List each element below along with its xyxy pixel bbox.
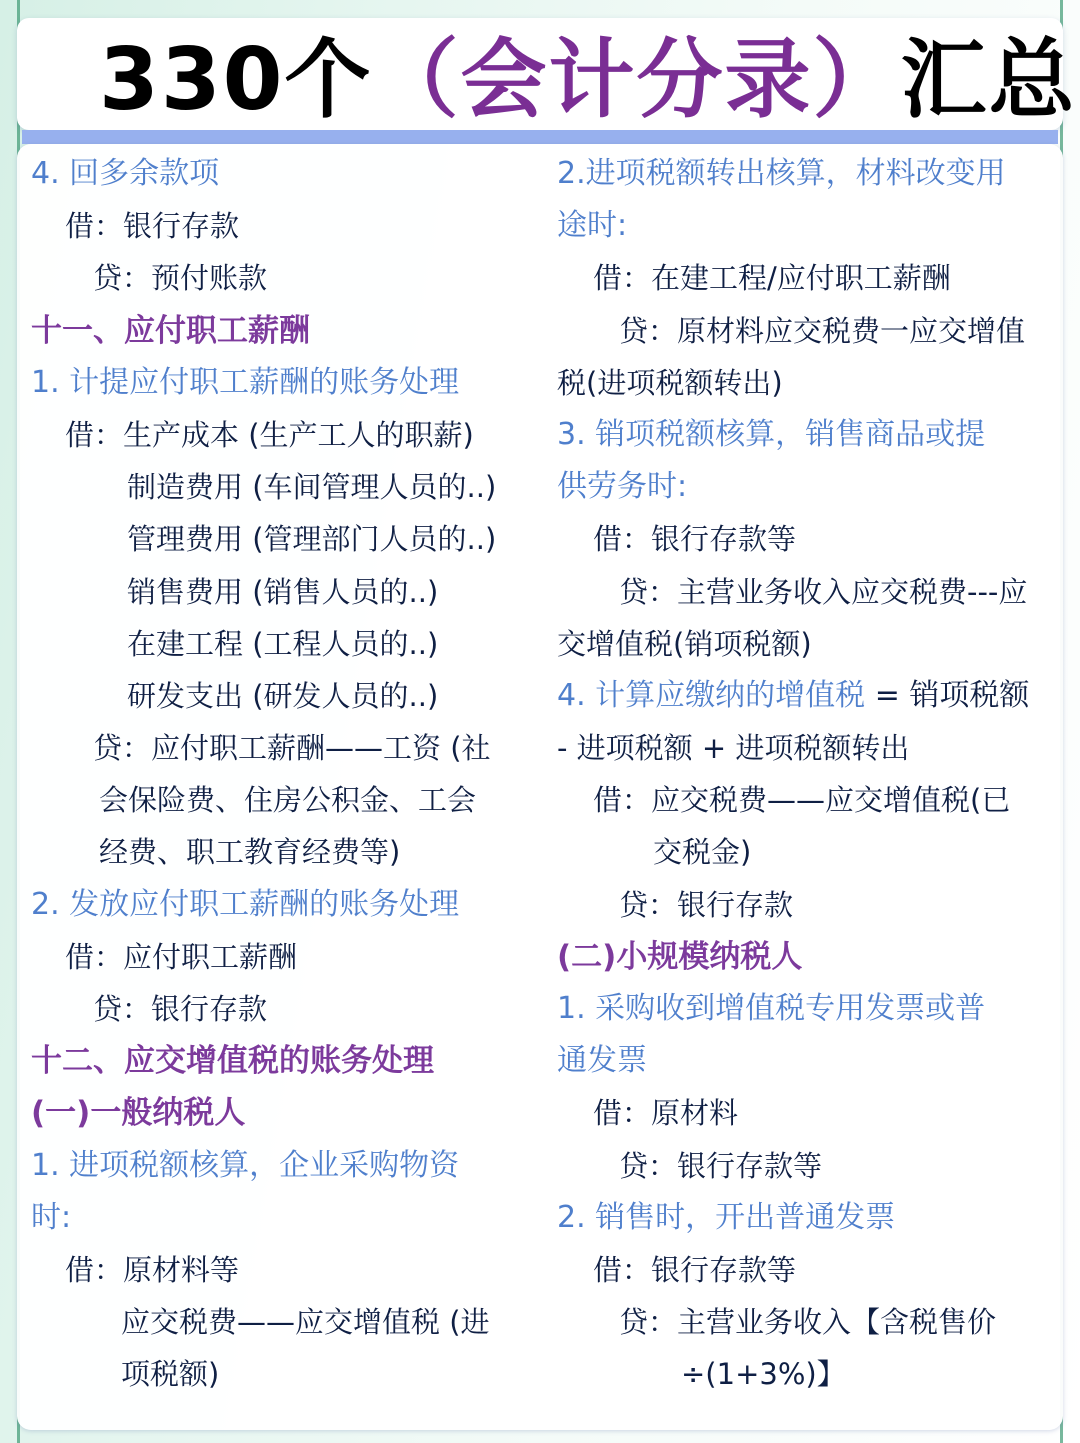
title-underline-band bbox=[22, 130, 1058, 144]
debit-entry: 借：原材料 bbox=[557, 1087, 1052, 1139]
formula-expression: = 销项税额 bbox=[865, 678, 1029, 713]
credit-entry-continued: 经费、职工教育经费等) bbox=[31, 826, 531, 878]
debit-entry-continued: 应交税费——应交增值税 (进 bbox=[31, 1296, 531, 1348]
subsection-heading: 2. 发放应付职工薪酬的账务处理 bbox=[31, 879, 531, 931]
section-heading: 十一、应付职工薪酬 bbox=[31, 305, 531, 357]
debit-entry-continued: 项税额) bbox=[31, 1348, 531, 1400]
formula-expression-continued: - 进项税额 + 进项税额转出 bbox=[557, 722, 1052, 774]
title-banner: 330个（会计分录）汇总 bbox=[17, 18, 1063, 130]
debit-entry-continued: 交税金) bbox=[557, 826, 1052, 878]
credit-entry: 贷：主营业务收入应交税费---应 bbox=[557, 566, 1052, 618]
debit-entry-continued: 在建工程 (工程人员的..) bbox=[31, 618, 531, 670]
debit-entry: 借：应交税费——应交增值税(已 bbox=[557, 774, 1052, 826]
debit-entry-continued: 管理费用 (管理部门人员的..) bbox=[31, 513, 531, 565]
subsection-heading: 2. 销售时，开出普通发票 bbox=[557, 1192, 1052, 1244]
credit-entry: 贷：银行存款 bbox=[557, 879, 1052, 931]
title-count: 330个 bbox=[99, 30, 373, 130]
subsection-heading: 1. 计提应付职工薪酬的账务处理 bbox=[31, 357, 531, 409]
formula-label: 4. 计算应缴纳的增值税 bbox=[557, 678, 865, 713]
credit-entry-continued: 税(进项税额转出) bbox=[557, 357, 1052, 409]
credit-entry: 贷：应付职工薪酬——工资 (社 bbox=[31, 722, 531, 774]
debit-entry-continued: 销售费用 (销售人员的..) bbox=[31, 566, 531, 618]
subsection-heading: 1. 进项税额核算，企业采购物资 bbox=[31, 1140, 531, 1192]
subsection-heading: 2.进项税额转出核算，材料改变用 bbox=[557, 148, 1052, 200]
debit-entry: 借：银行存款等 bbox=[557, 513, 1052, 565]
credit-entry: 贷：原材料应交税费一应交增值 bbox=[557, 305, 1052, 357]
credit-entry: 贷：银行存款 bbox=[31, 983, 531, 1035]
credit-entry-continued: 交增值税(销项税额) bbox=[557, 618, 1052, 670]
debit-entry: 借：应付职工薪酬 bbox=[31, 931, 531, 983]
subsection-heading-continued: 通发票 bbox=[557, 1035, 1052, 1087]
subsection-heading: 3. 销项税额核算，销售商品或提 bbox=[557, 409, 1052, 461]
page-title: 330个（会计分录）汇总 bbox=[99, 30, 1077, 130]
debit-entry: 借：在建工程/应付职工薪酬 bbox=[557, 252, 1052, 304]
credit-entry-continued: 会保险费、住房公积金、工会 bbox=[31, 774, 531, 826]
debit-entry: 借：银行存款 bbox=[31, 200, 531, 252]
debit-entry: 借：原材料等 bbox=[31, 1244, 531, 1296]
subsection-heading: 1. 采购收到增值税专用发票或普 bbox=[557, 983, 1052, 1035]
subsection-heading-continued: 供劳务时: bbox=[557, 461, 1052, 513]
right-column: 2.进项税额转出核算，材料改变用 途时: 借：在建工程/应付职工薪酬 贷：原材料… bbox=[557, 148, 1052, 1401]
section-heading: 十二、应交增值税的账务处理 bbox=[31, 1035, 531, 1087]
debit-entry-continued: 制造费用 (车间管理人员的..) bbox=[31, 461, 531, 513]
debit-entry: 借：银行存款等 bbox=[557, 1244, 1052, 1296]
subsection-heading-continued: 时: bbox=[31, 1192, 531, 1244]
debit-entry: 借：生产成本 (生产工人的职薪) bbox=[31, 409, 531, 461]
credit-entry-continued: ÷(1+3%)】 bbox=[557, 1348, 1052, 1400]
left-column: 4. 回多余款项 借：银行存款 贷：预付账款 十一、应付职工薪酬 1. 计提应付… bbox=[31, 148, 531, 1401]
section-subheading: (二)小规模纳税人 bbox=[557, 931, 1052, 983]
title-suffix: 汇总 bbox=[901, 30, 1077, 130]
subsection-heading: 4. 回多余款项 bbox=[31, 148, 531, 200]
credit-entry: 贷：主营业务收入【含税售价 bbox=[557, 1296, 1052, 1348]
subsection-heading-continued: 途时: bbox=[557, 200, 1052, 252]
title-highlight: （会计分录） bbox=[373, 30, 901, 130]
section-subheading: (一)一般纳税人 bbox=[31, 1087, 531, 1139]
formula-heading: 4. 计算应缴纳的增值税 = 销项税额 bbox=[557, 670, 1052, 722]
debit-entry-continued: 研发支出 (研发人员的..) bbox=[31, 670, 531, 722]
credit-entry: 贷：银行存款等 bbox=[557, 1140, 1052, 1192]
credit-entry: 贷：预付账款 bbox=[31, 252, 531, 304]
